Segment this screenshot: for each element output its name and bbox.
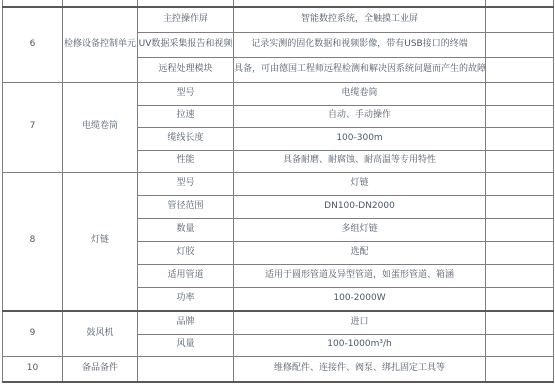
- extra-cell: [486, 264, 554, 287]
- param-cell: [138, 356, 234, 382]
- extra-cell: [486, 287, 554, 311]
- param-cell: 风量: [138, 334, 234, 356]
- extra-cell: [486, 57, 554, 82]
- extra-cell: [486, 0, 554, 7]
- equipment-cell: 电缆卷筒: [63, 82, 138, 172]
- table-row: 7 电缆卷筒 型号 电缆卷筒: [3, 82, 554, 105]
- value-cell: 选配: [234, 241, 486, 264]
- extra-cell: [486, 172, 554, 195]
- equipment-spec-table-wrap: 6 检修设备控制单元 主控操作屏 智能数控系统，全触摸工业屏 UV数据采集报告和…: [2, 0, 554, 383]
- param-cell: 数量: [138, 218, 234, 241]
- value-cell: 100-2000W: [234, 287, 486, 311]
- row-number-cell: 6: [3, 7, 63, 82]
- row-number-cell: [3, 0, 63, 7]
- value-cell: 电缆卷筒: [234, 82, 486, 105]
- param-cell: 远程处理模块: [138, 57, 234, 82]
- table-row: 10 备品备件 维修配件、连接件、阀泵、绑扎固定工具等: [3, 356, 554, 382]
- value-cell: 进口: [234, 311, 486, 334]
- param-cell: 拉速: [138, 105, 234, 127]
- value-cell: 100-1000m³/h: [234, 334, 486, 356]
- extra-cell: [486, 195, 554, 218]
- equipment-cell: 灯链: [63, 172, 138, 311]
- table-row: 9 鼓风机 品牌 进口: [3, 311, 554, 334]
- param-cell: 灯胶: [138, 241, 234, 264]
- value-cell: 智能数控系统，全触摸工业屏: [234, 7, 486, 32]
- extra-cell: [486, 150, 554, 172]
- value-cell: 灯链: [234, 172, 486, 195]
- row-number-cell: 10: [3, 356, 63, 382]
- value-cell: [234, 0, 486, 7]
- value-cell: DN100-DN2000: [234, 195, 486, 218]
- extra-cell: [486, 218, 554, 241]
- param-cell: 管径范围: [138, 195, 234, 218]
- param-cell: 型号: [138, 82, 234, 105]
- extra-cell: [486, 82, 554, 105]
- param-cell: 性能: [138, 150, 234, 172]
- extra-cell: [486, 311, 554, 334]
- extra-cell: [486, 7, 554, 32]
- param-cell: 型号: [138, 172, 234, 195]
- param-cell: UV数据采集报告和视频: [138, 32, 234, 57]
- extra-cell: [486, 356, 554, 382]
- value-cell: 记录实测的固化数据和视频影像，带有USB接口的终端: [234, 32, 486, 57]
- equipment-cell: [63, 0, 138, 7]
- value-cell: 100-300m: [234, 127, 486, 150]
- value-cell: 适用于圆形管道及异型管道，如蛋形管道、箱涵: [234, 264, 486, 287]
- param-cell: [138, 0, 234, 7]
- row-number-cell: 8: [3, 172, 63, 311]
- equipment-cell: 检修设备控制单元: [63, 7, 138, 82]
- value-cell: 具备，可由德国工程师远程检测和解决因系统问题而产生的故障: [234, 57, 486, 82]
- table-row: 8 灯链 型号 灯链: [3, 172, 554, 195]
- value-cell: 维修配件、连接件、阀泵、绑扎固定工具等: [234, 356, 486, 382]
- param-cell: 主控操作屏: [138, 7, 234, 32]
- param-cell: 功率: [138, 287, 234, 311]
- param-cell: 适用管道: [138, 264, 234, 287]
- extra-cell: [486, 127, 554, 150]
- extra-cell: [486, 334, 554, 356]
- equipment-cell: 备品备件: [63, 356, 138, 382]
- row-number-cell: 9: [3, 311, 63, 356]
- row-number-cell: 7: [3, 82, 63, 172]
- value-cell: 自动、手动操作: [234, 105, 486, 127]
- param-cell: 品牌: [138, 311, 234, 334]
- extra-cell: [486, 241, 554, 264]
- equipment-cell: 鼓风机: [63, 311, 138, 356]
- value-cell: 多组灯链: [234, 218, 486, 241]
- table-row: 6 检修设备控制单元 主控操作屏 智能数控系统，全触摸工业屏: [3, 7, 554, 32]
- table-row: [3, 0, 554, 7]
- extra-cell: [486, 105, 554, 127]
- value-cell: 具备耐磨、耐腐蚀、耐高温等专用特性: [234, 150, 486, 172]
- extra-cell: [486, 32, 554, 57]
- param-cell: 缆线长度: [138, 127, 234, 150]
- equipment-spec-table: 6 检修设备控制单元 主控操作屏 智能数控系统，全触摸工业屏 UV数据采集报告和…: [2, 0, 554, 383]
